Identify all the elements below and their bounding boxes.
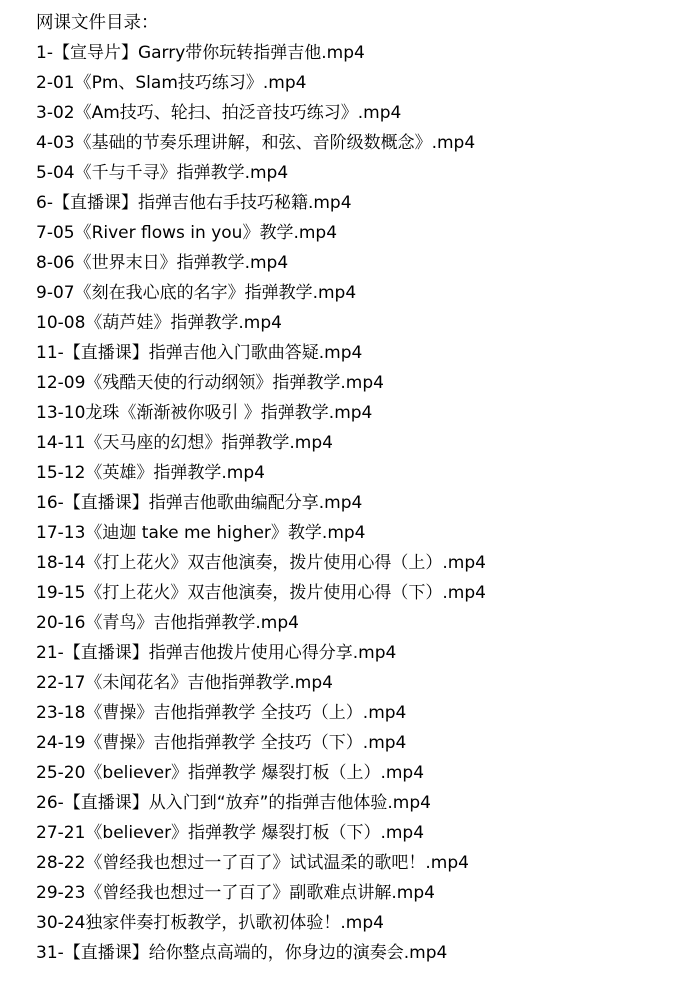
file-list-item: 2-01《Pm、Slam技巧练习》.mp4: [36, 68, 696, 98]
file-list-item: 15-12《英雄》指弹教学.mp4: [36, 458, 696, 488]
file-list-item: 19-15《打上花火》双吉他演奏，拨片使用心得（下）.mp4: [36, 578, 696, 608]
document-heading: 网课文件目录：: [36, 8, 696, 38]
file-list-item: 5-04《千与千寻》指弹教学.mp4: [36, 158, 696, 188]
file-list-item: 21-【直播课】指弹吉他拨片使用心得分享.mp4: [36, 638, 696, 668]
file-list-item: 26-【直播课】从入门到“放弃”的指弹吉他体验.mp4: [36, 788, 696, 818]
file-list-item: 24-19《曹操》吉他指弹教学 全技巧（下）.mp4: [36, 728, 696, 758]
file-list-item: 31-【直播课】给你整点高端的，你身边的演奏会.mp4: [36, 938, 696, 968]
file-list-item: 20-16《青鸟》吉他指弹教学.mp4: [36, 608, 696, 638]
file-list-item: 17-13《迪迦 take me higher》教学.mp4: [36, 518, 696, 548]
file-list-item: 4-03《基础的节奏乐理讲解，和弦、音阶级数概念》.mp4: [36, 128, 696, 158]
file-list-item: 27-21《believer》指弹教学 爆裂打板（下）.mp4: [36, 818, 696, 848]
file-list-item: 8-06《世界末日》指弹教学.mp4: [36, 248, 696, 278]
file-list-item: 30-24独家伴奏打板教学，扒歌初体验！.mp4: [36, 908, 696, 938]
file-list-item: 9-07《刻在我心底的名字》指弹教学.mp4: [36, 278, 696, 308]
file-list-item: 16-【直播课】指弹吉他歌曲编配分享.mp4: [36, 488, 696, 518]
file-list-item: 14-11《天马座的幻想》指弹教学.mp4: [36, 428, 696, 458]
file-list-item: 11-【直播课】指弹吉他入门歌曲答疑.mp4: [36, 338, 696, 368]
file-list-item: 23-18《曹操》吉他指弹教学 全技巧（上）.mp4: [36, 698, 696, 728]
file-list-item: 10-08《葫芦娃》指弹教学.mp4: [36, 308, 696, 338]
file-list-item: 13-10龙珠《渐渐被你吸引 》指弹教学.mp4: [36, 398, 696, 428]
file-list-item: 29-23《曾经我也想过一了百了》副歌难点讲解.mp4: [36, 878, 696, 908]
file-directory-document: 网课文件目录： 1-【宣导片】Garry带你玩转指弹吉他.mp4 2-01《Pm…: [36, 8, 696, 968]
file-list-item: 7-05《River flows in you》教学.mp4: [36, 218, 696, 248]
file-list-item: 18-14《打上花火》双吉他演奏，拨片使用心得（上）.mp4: [36, 548, 696, 578]
file-list-item: 6-【直播课】指弹吉他右手技巧秘籍.mp4: [36, 188, 696, 218]
file-list-item: 3-02《Am技巧、轮扫、拍泛音技巧练习》.mp4: [36, 98, 696, 128]
file-list-item: 28-22《曾经我也想过一了百了》试试温柔的歌吧！.mp4: [36, 848, 696, 878]
file-list-item: 22-17《未闻花名》吉他指弹教学.mp4: [36, 668, 696, 698]
file-list-item: 25-20《believer》指弹教学 爆裂打板（上）.mp4: [36, 758, 696, 788]
file-list-item: 12-09《残酷天使的行动纲领》指弹教学.mp4: [36, 368, 696, 398]
file-list-item: 1-【宣导片】Garry带你玩转指弹吉他.mp4: [36, 38, 696, 68]
